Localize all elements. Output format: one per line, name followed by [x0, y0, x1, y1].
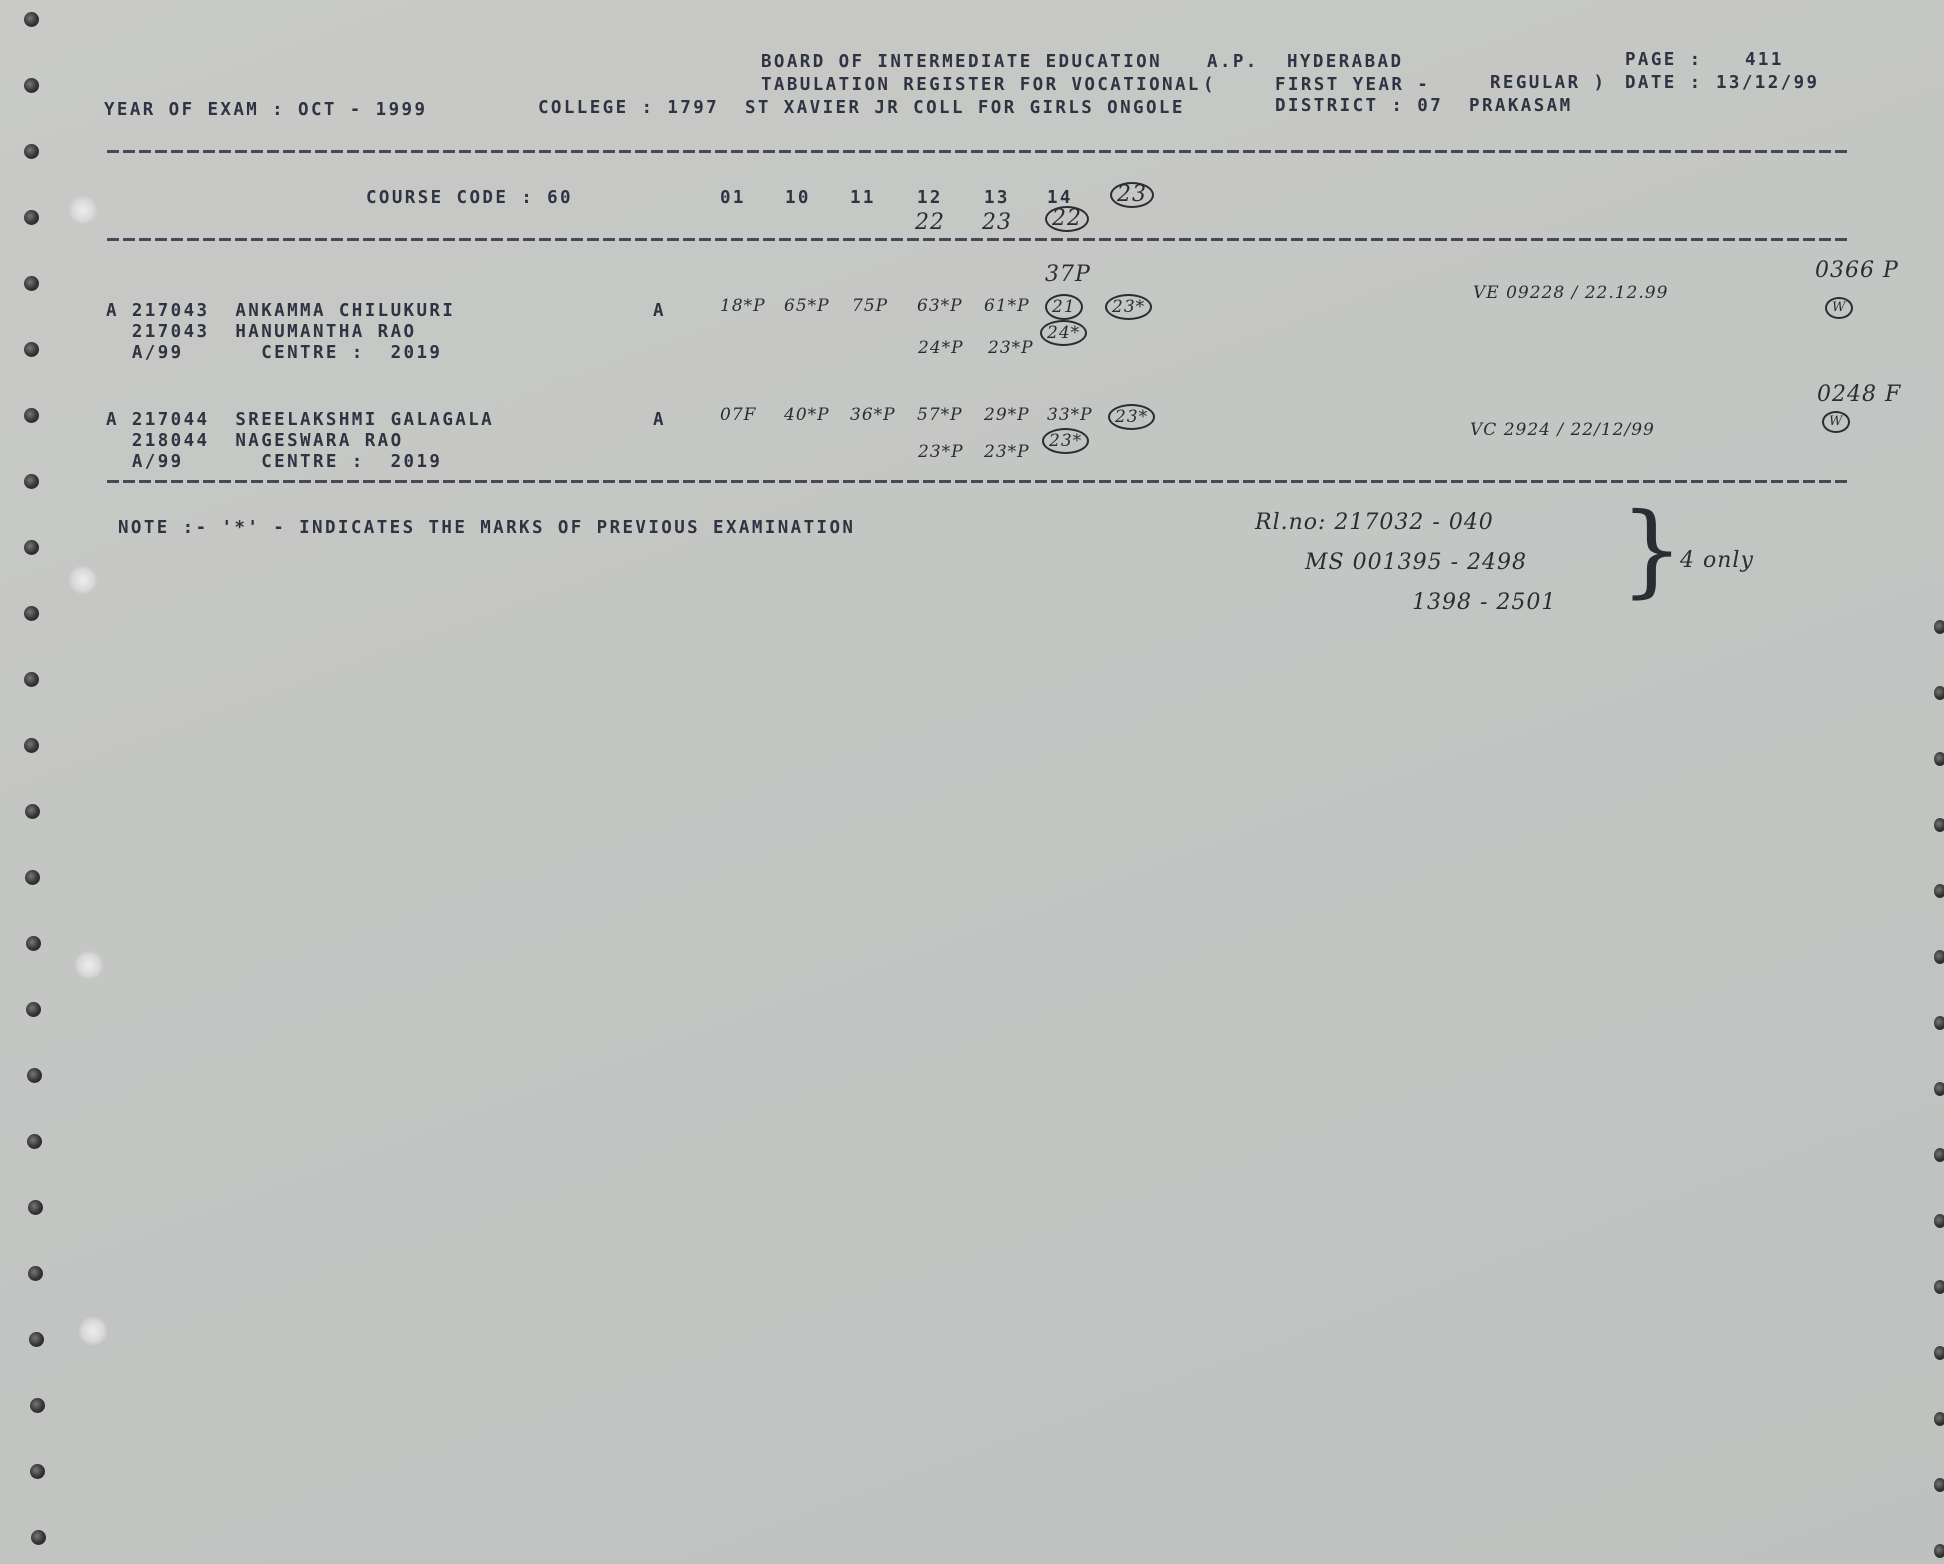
- tractor-hole: [28, 1200, 43, 1215]
- tractor-hole: [24, 408, 39, 423]
- voucher-note: VE 09228 / 22.12.99: [1473, 283, 1668, 303]
- page-number: 411: [1745, 50, 1784, 70]
- student-father-name: 218044 NAGESWARA RAO: [106, 431, 404, 451]
- handwritten-circled-code: 22: [1045, 206, 1089, 232]
- tractor-hole: [1934, 884, 1944, 898]
- withheld-badge: W: [1822, 410, 1850, 433]
- tractor-hole: [1934, 1082, 1944, 1096]
- tractor-hole: [1934, 1148, 1944, 1162]
- tractor-hole: [1934, 1280, 1944, 1294]
- tractor-hole: [25, 870, 40, 885]
- board-name: BOARD OF INTERMEDIATE EDUCATION: [761, 52, 1162, 72]
- tractor-hole: [27, 1068, 42, 1083]
- mark-below: 23*P: [988, 338, 1034, 358]
- mark: 75P: [852, 296, 888, 316]
- binding-punch: [68, 565, 98, 595]
- tractor-hole: [24, 144, 39, 159]
- tractor-hole: [24, 738, 39, 753]
- tractor-hole: [1934, 1412, 1944, 1426]
- tractor-hole: [26, 936, 41, 951]
- mark: 40*P: [784, 405, 830, 425]
- binding-punch: [78, 1316, 108, 1346]
- district-info: DISTRICT : 07 PRAKASAM: [1275, 96, 1573, 116]
- tractor-hole: [1934, 1016, 1944, 1030]
- tractor-hole: [30, 1398, 45, 1413]
- tractor-hole: [24, 606, 39, 621]
- tractor-hole: [1934, 1544, 1944, 1558]
- mark: 18*P: [720, 296, 766, 316]
- student-centre: A/99 CENTRE : 2019: [106, 452, 442, 472]
- total-marks: 0366 P: [1815, 258, 1899, 283]
- mark: 33*P: [1047, 405, 1093, 425]
- handwritten-mark-above: 37P: [1045, 262, 1091, 287]
- mark: 61*P: [984, 296, 1030, 316]
- tractor-hole: [24, 210, 39, 225]
- mark: 57*P: [917, 405, 963, 425]
- subject-code: 14: [1047, 188, 1073, 208]
- subject-code: 10: [785, 188, 811, 208]
- student-centre: A/99 CENTRE : 2019: [106, 343, 442, 363]
- paren-open: (: [1203, 75, 1216, 95]
- student-id-name: A 217043 ANKAMMA CHILUKURI: [106, 301, 455, 321]
- tractor-hole: [24, 12, 39, 27]
- separator-line: [107, 480, 1847, 483]
- circled-mark: 24*: [1040, 320, 1087, 346]
- state-abbrev: A.P.: [1207, 52, 1259, 72]
- tractor-hole: [31, 1530, 46, 1545]
- brace-symbol: }: [1620, 500, 1684, 600]
- tractor-hole: [24, 672, 39, 687]
- handwritten-code: 22: [915, 210, 945, 235]
- mark: 36*P: [850, 405, 896, 425]
- tractor-hole: [24, 342, 39, 357]
- tractor-hole: [1934, 752, 1944, 766]
- circled-mark: 21: [1045, 294, 1083, 320]
- separator-line: [107, 238, 1851, 241]
- college-info: COLLEGE : 1797 ST XAVIER JR COLL FOR GIR…: [538, 98, 1185, 118]
- year-of-exam: YEAR OF EXAM : OCT - 1999: [104, 100, 427, 120]
- roll-number-range: Rl.no: 217032 - 040: [1255, 510, 1494, 535]
- circled-mark: 23*: [1042, 428, 1089, 454]
- circled-mark: 23*: [1105, 294, 1152, 320]
- tractor-hole: [28, 1266, 43, 1281]
- mark: 29*P: [984, 405, 1030, 425]
- tractor-hole: [24, 474, 39, 489]
- tractor-hole: [1934, 818, 1944, 832]
- course-code: COURSE CODE : 60: [366, 188, 573, 208]
- tractor-hole: [1934, 950, 1944, 964]
- register-title: TABULATION REGISTER FOR VOCATIONAL: [761, 75, 1201, 95]
- exam-year-level: FIRST YEAR -: [1275, 75, 1430, 95]
- tractor-hole: [24, 276, 39, 291]
- handwritten-code: 23: [982, 210, 1012, 235]
- medium-code: A: [653, 410, 666, 430]
- page-label: PAGE :: [1625, 50, 1703, 70]
- handwritten-circled-code: 23: [1110, 182, 1154, 208]
- student-id-name: A 217044 SREELAKSHMI GALAGALA: [106, 410, 494, 430]
- tractor-hole: [26, 1002, 41, 1017]
- mark: 63*P: [917, 296, 963, 316]
- mark: 07F: [720, 405, 756, 425]
- binding-punch: [74, 950, 104, 980]
- ms-number-range: MS 001395 - 2498: [1305, 550, 1527, 575]
- tractor-hole: [1934, 1346, 1944, 1360]
- tractor-hole: [25, 804, 40, 819]
- tabulation-register-sheet: BOARD OF INTERMEDIATE EDUCATION A.P. HYD…: [0, 0, 1944, 1564]
- total-marks: 0248 F: [1817, 382, 1901, 407]
- binding-punch: [68, 195, 98, 225]
- subject-code: 11: [850, 188, 876, 208]
- date-label: DATE :: [1625, 73, 1703, 93]
- subject-code: 01: [720, 188, 746, 208]
- report-date: 13/12/99: [1716, 73, 1820, 93]
- voucher-note: VC 2924 / 22/12/99: [1470, 420, 1655, 440]
- medium-code: A: [653, 301, 666, 321]
- mark-below: 23*P: [918, 442, 964, 462]
- mark-below: 23*P: [984, 442, 1030, 462]
- circled-mark: 23*: [1108, 404, 1155, 430]
- footnote: NOTE :- '*' - INDICATES THE MARKS OF PRE…: [118, 518, 855, 538]
- tractor-hole: [24, 78, 39, 93]
- tractor-hole: [24, 540, 39, 555]
- subject-code: 13: [984, 188, 1010, 208]
- tractor-hole: [1934, 620, 1944, 634]
- tractor-hole: [1934, 1214, 1944, 1228]
- mark-below: 24*P: [918, 338, 964, 358]
- withheld-badge: W: [1825, 296, 1853, 319]
- tractor-hole: [30, 1464, 45, 1479]
- separator-line: [107, 150, 1851, 153]
- tractor-hole: [1934, 1478, 1944, 1492]
- student-father-name: 217043 HANUMANTHA RAO: [106, 322, 416, 342]
- ms-number-range-2: 1398 - 2501: [1412, 590, 1556, 615]
- city-name: HYDERABAD: [1287, 52, 1403, 72]
- summary-side-note: 4 only: [1680, 548, 1754, 573]
- exam-mode: REGULAR ): [1490, 73, 1606, 93]
- tractor-hole: [29, 1332, 44, 1347]
- mark: 65*P: [784, 296, 830, 316]
- tractor-hole: [1934, 686, 1944, 700]
- tractor-hole: [27, 1134, 42, 1149]
- subject-code: 12: [917, 188, 943, 208]
